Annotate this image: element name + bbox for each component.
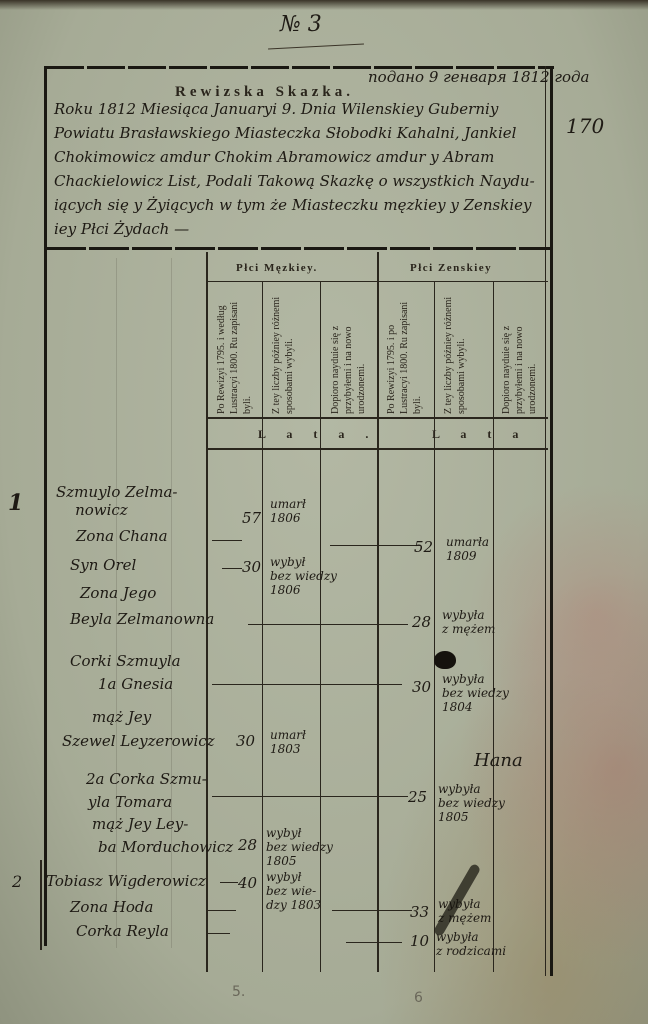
male-age: 30 xyxy=(242,558,261,576)
entry-name: mąż Jey Ley- xyxy=(92,815,188,833)
female-age: 10 xyxy=(410,932,429,950)
column-header: Z tey liczby późniey różnemi sposobami w… xyxy=(442,286,486,414)
paragraph-line: Roku 1812 Miesiąca Januaryi 9. Dnia Wile… xyxy=(54,100,498,118)
paragraph-line: Chackielowicz List, Podali Takową Skazkę… xyxy=(54,172,535,190)
female-age: 52 xyxy=(414,538,433,556)
entry-dash xyxy=(220,882,238,883)
household-number: 1 xyxy=(8,490,23,516)
column-header: Po Rewizyi 1795. i według Lustracyi 1800… xyxy=(215,286,259,414)
entry-name: Beyla Zelmanowna xyxy=(70,610,214,628)
column-divider xyxy=(434,282,435,972)
female-note: wybyła z rodzicami xyxy=(436,930,506,958)
female-note: wybyła bez wiedzy 1805 xyxy=(438,782,505,824)
entry-dash xyxy=(212,796,408,797)
male-age: 30 xyxy=(236,732,255,750)
male-note: wybył bez wie- dzy 1803 xyxy=(266,870,321,912)
entry-dash xyxy=(332,910,412,911)
pencil-mark: 6 xyxy=(414,990,423,1006)
entry-name: Tobiasz Wigderowicz xyxy=(46,872,206,890)
column-header: Dopioro nayduie się z przybyłemi i na no… xyxy=(500,286,544,414)
frame-right-border xyxy=(550,66,553,976)
paragraph-line: iących się y Żyiących w tym że Miasteczk… xyxy=(54,196,532,214)
female-note: umarła 1809 xyxy=(446,535,489,563)
male-note: umarł 1803 xyxy=(270,728,306,756)
entry-dash xyxy=(212,540,242,541)
male-age: 57 xyxy=(242,509,261,527)
female-note: wybyła bez wiedzy 1804 xyxy=(442,672,509,714)
pencil-mark: 5. xyxy=(232,984,245,1000)
entry-name: mąż Jey xyxy=(92,708,151,726)
unit-label-female: L a t a xyxy=(432,427,527,442)
paragraph-line: Chokimowicz amdur Chokim Abramowicz amdu… xyxy=(54,148,494,166)
margin-note: 170 xyxy=(566,114,604,138)
male-note: wybył bez wiedzy 1805 xyxy=(266,826,333,868)
column-header: Po Rewizyi 1795. i po Lustracyi 1800. Ru… xyxy=(385,286,429,414)
page-number: № 3 xyxy=(280,12,322,37)
paragraph-line: Powiatu Brasławskiego Miasteczka Słobodk… xyxy=(54,124,516,142)
document-title: Rewizska Skazka. xyxy=(175,84,354,101)
side-annotation: Hana xyxy=(474,750,523,771)
column-divider xyxy=(262,282,263,972)
entry-name: Syn Orel xyxy=(70,556,136,574)
column-header: Dopioro nayduie się z przybyłemi i na no… xyxy=(329,286,373,414)
unit-label-male: L a t a . xyxy=(258,427,377,442)
column-divider xyxy=(320,282,321,972)
entry-name: Zona Hoda xyxy=(70,898,153,916)
male-note: umarł 1806 xyxy=(270,497,306,525)
female-age: 25 xyxy=(408,788,427,806)
column-header-rule xyxy=(206,417,548,419)
entry-name: ba Morduchowicz xyxy=(98,838,233,856)
header-bottom-border xyxy=(46,247,552,250)
female-age: 30 xyxy=(412,678,431,696)
female-note: wybyła z mężem xyxy=(442,608,495,636)
group-label-female: Płci Zenskiey xyxy=(410,262,492,274)
male-age: 28 xyxy=(238,836,257,854)
entry-name: 1a Gnesia xyxy=(98,675,173,693)
entry-name: yla Tomara xyxy=(88,793,172,811)
household-divider xyxy=(40,860,42,950)
entry-dash xyxy=(212,684,402,685)
column-divider xyxy=(377,252,379,972)
page-number-underline xyxy=(268,43,364,49)
submission-note: подано 9 генваря 1812 года xyxy=(368,68,589,86)
entry-dash xyxy=(248,624,408,625)
male-age: 40 xyxy=(238,874,257,892)
entry-dash xyxy=(206,933,230,934)
unit-row-rule xyxy=(206,448,548,450)
female-age: 33 xyxy=(410,903,429,921)
frame-left-border xyxy=(44,66,47,946)
group-header-rule xyxy=(206,281,548,282)
entry-dash xyxy=(206,910,236,911)
entry-name: Zona Jego xyxy=(80,584,156,602)
female-age: 28 xyxy=(412,613,431,631)
entry-name: Corki Szmuyla xyxy=(70,652,181,670)
entry-name: Corka Reyla xyxy=(76,922,169,940)
entry-dash xyxy=(346,942,402,943)
entry-name: Zona Chana xyxy=(76,527,168,545)
page-top-edge xyxy=(0,0,648,10)
frame-inner-right-border xyxy=(545,66,546,976)
paragraph-line: iey Płci Żydach — xyxy=(54,220,189,238)
male-note: wybył bez wiedzy 1806 xyxy=(270,555,337,597)
household-number: 2 xyxy=(12,872,22,891)
entry-dash xyxy=(330,545,420,546)
group-label-male: Płci Męzkiey. xyxy=(236,262,318,274)
entry-name: 2a Corka Szmu- xyxy=(86,770,207,788)
column-header: Z tey liczby późniey różnemi sposobami w… xyxy=(270,286,314,414)
entry-name: Szmuylo Zelma- nowicz xyxy=(56,483,177,519)
entry-dash xyxy=(222,568,242,569)
ink-blot xyxy=(434,651,456,669)
entry-name: Szewel Leyzerowicz xyxy=(62,732,215,750)
